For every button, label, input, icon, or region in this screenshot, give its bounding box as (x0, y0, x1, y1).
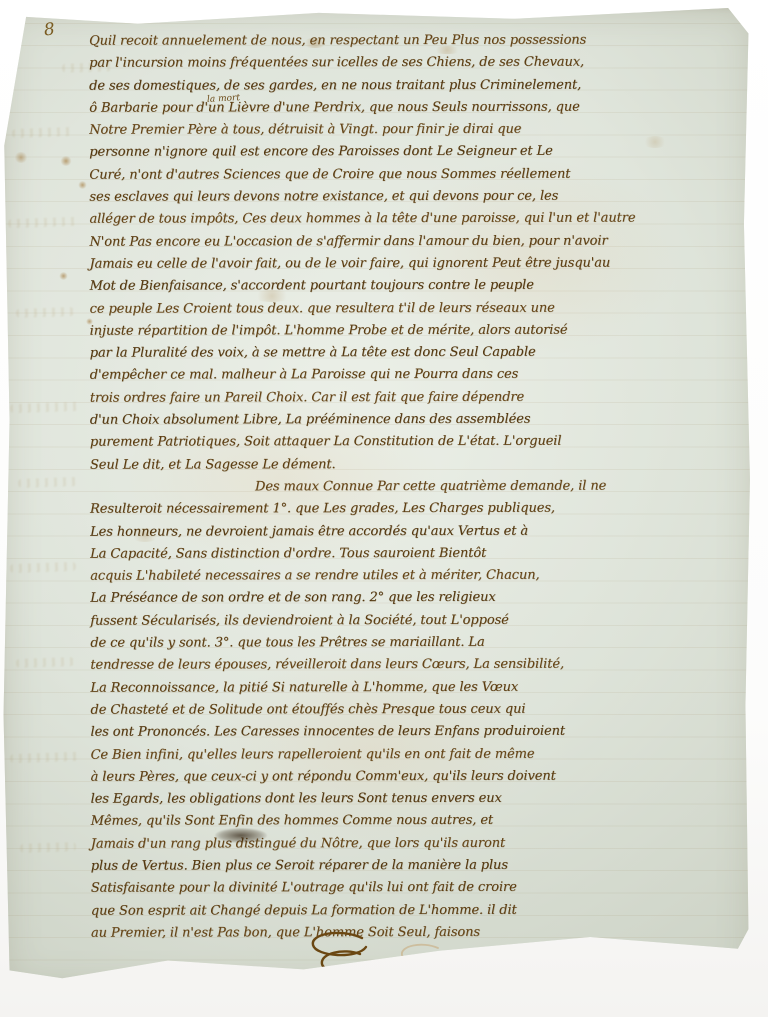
manuscript-page: 8 la mort Quil recoit annuelement de nou… (2, 8, 756, 990)
text-line: Notre Premier Père à tous, détruisit à V… (89, 118, 751, 142)
foxing-stain (14, 152, 28, 163)
text-line: d'un Choix absolument Libre, La préémine… (90, 408, 752, 432)
text-line: par l'incursion moins fréquentées sur ic… (89, 52, 751, 76)
photograph-background: 8 la mort Quil recoit annuelement de nou… (0, 0, 768, 1017)
text-line: acquis L'habileté necessaires a se rendr… (90, 564, 752, 588)
paragraph: Des maux Connue Par cette quatrième dema… (90, 475, 753, 945)
foxing-stain (78, 181, 87, 189)
text-line: Resulteroit nécessairement 1°. que Les g… (90, 498, 752, 522)
text-line: Jamais eu celle de l'avoir fait, ou de l… (90, 252, 752, 276)
text-line: injuste répartition de l'impôt. L'homme … (90, 319, 752, 343)
text-line: à leurs Pères, que ceux-ci y ont répondu… (91, 765, 753, 789)
bleed-through-mark (18, 477, 78, 488)
text-line: Ce Bien infini, qu'elles leurs rapellero… (91, 743, 753, 767)
text-line: Des maux Connue Par cette quatrième dema… (90, 475, 752, 499)
text-line: plus de Vertus. Bien plus ce Seroit répa… (91, 854, 753, 878)
text-line: trois ordres faire un Pareil Choix. Car … (90, 386, 752, 410)
text-line: alléger de tous impôts, Ces deux hommes … (89, 208, 751, 232)
text-line: ce peuple Les Croient tous deux. que res… (90, 297, 752, 321)
bleed-through-mark (10, 752, 80, 763)
text-line: La Reconnoissance, la pitié Si naturelle… (90, 676, 752, 700)
text-line: purement Patriotiques, Soit attaquer La … (90, 431, 752, 455)
text-line: par la Pluralité des voix, à se mettre à… (90, 341, 752, 365)
text-line: tendresse de leurs épouses, réveilleroit… (90, 654, 752, 678)
text-line: Les honneurs, ne devroient jamais être a… (90, 520, 752, 544)
text-line: Mêmes, qu'ils Sont Enfin des hommes Comm… (91, 810, 753, 834)
bleed-through-mark (10, 562, 76, 573)
text-line: de ses domestiques, de ses gardes, en ne… (89, 74, 751, 98)
text-line: ô Barbarie pour d'un Lièvre d'une Perdri… (89, 96, 751, 120)
text-line: La Capacité, Sans distinction d'ordre. T… (90, 542, 752, 566)
text-line: de ce qu'ils y sont. 3°. que tous les Pr… (90, 631, 752, 655)
text-line: Satisfaisante pour la divinité L'outrage… (91, 877, 753, 901)
text-line: ses esclaves qui leurs devons notre exis… (89, 185, 751, 209)
page-number: 8 (43, 19, 56, 40)
text-line: Jamais d'un rang plus distingué du Nôtre… (91, 832, 753, 856)
text-line: de Chasteté et de Solitude ont étouffés … (90, 698, 752, 722)
paragraph: Quil recoit annuelement de nous, en resp… (89, 29, 752, 476)
text-line: que Son esprit ait Changé depuis La form… (91, 899, 753, 923)
text-line: d'empêcher ce mal. malheur à La Paroisse… (90, 364, 752, 388)
text-line: les ont Prononcés. Les Caresses innocent… (90, 721, 752, 745)
bleed-through-mark (10, 402, 82, 414)
text-line: personne n'ignore quil est encore des Pa… (89, 141, 751, 165)
foxing-stain (59, 272, 68, 280)
text-line: fussent Sécularisés, ils deviendroient à… (90, 609, 752, 633)
bleed-through-mark (16, 307, 74, 318)
text-line: Quil recoit annuelement de nous, en resp… (89, 29, 751, 53)
text-line: Curé, n'ont d'autres Sciences que de Cro… (89, 163, 751, 187)
text-line: La Préséance de son ordre et de son rang… (90, 587, 752, 611)
manuscript-text: Quil recoit annuelement de nous, en resp… (89, 29, 753, 945)
bleed-through-mark (16, 657, 74, 668)
foxing-stain (60, 156, 72, 166)
bleed-through-mark (12, 127, 74, 138)
text-line: Mot de Bienfaisance, s'accordent pourtan… (90, 275, 752, 299)
bleed-through-mark (8, 217, 78, 228)
bleed-through-mark (20, 842, 76, 853)
text-line: Seul Le dit, et La Sagesse Le dément. (90, 453, 752, 477)
text-line: N'ont Pas encore eu L'occasion de s'affe… (89, 230, 751, 254)
text-line: les Egards, les obligations dont les leu… (91, 787, 753, 811)
spiral-paraph-flourish-icon (270, 926, 510, 1017)
